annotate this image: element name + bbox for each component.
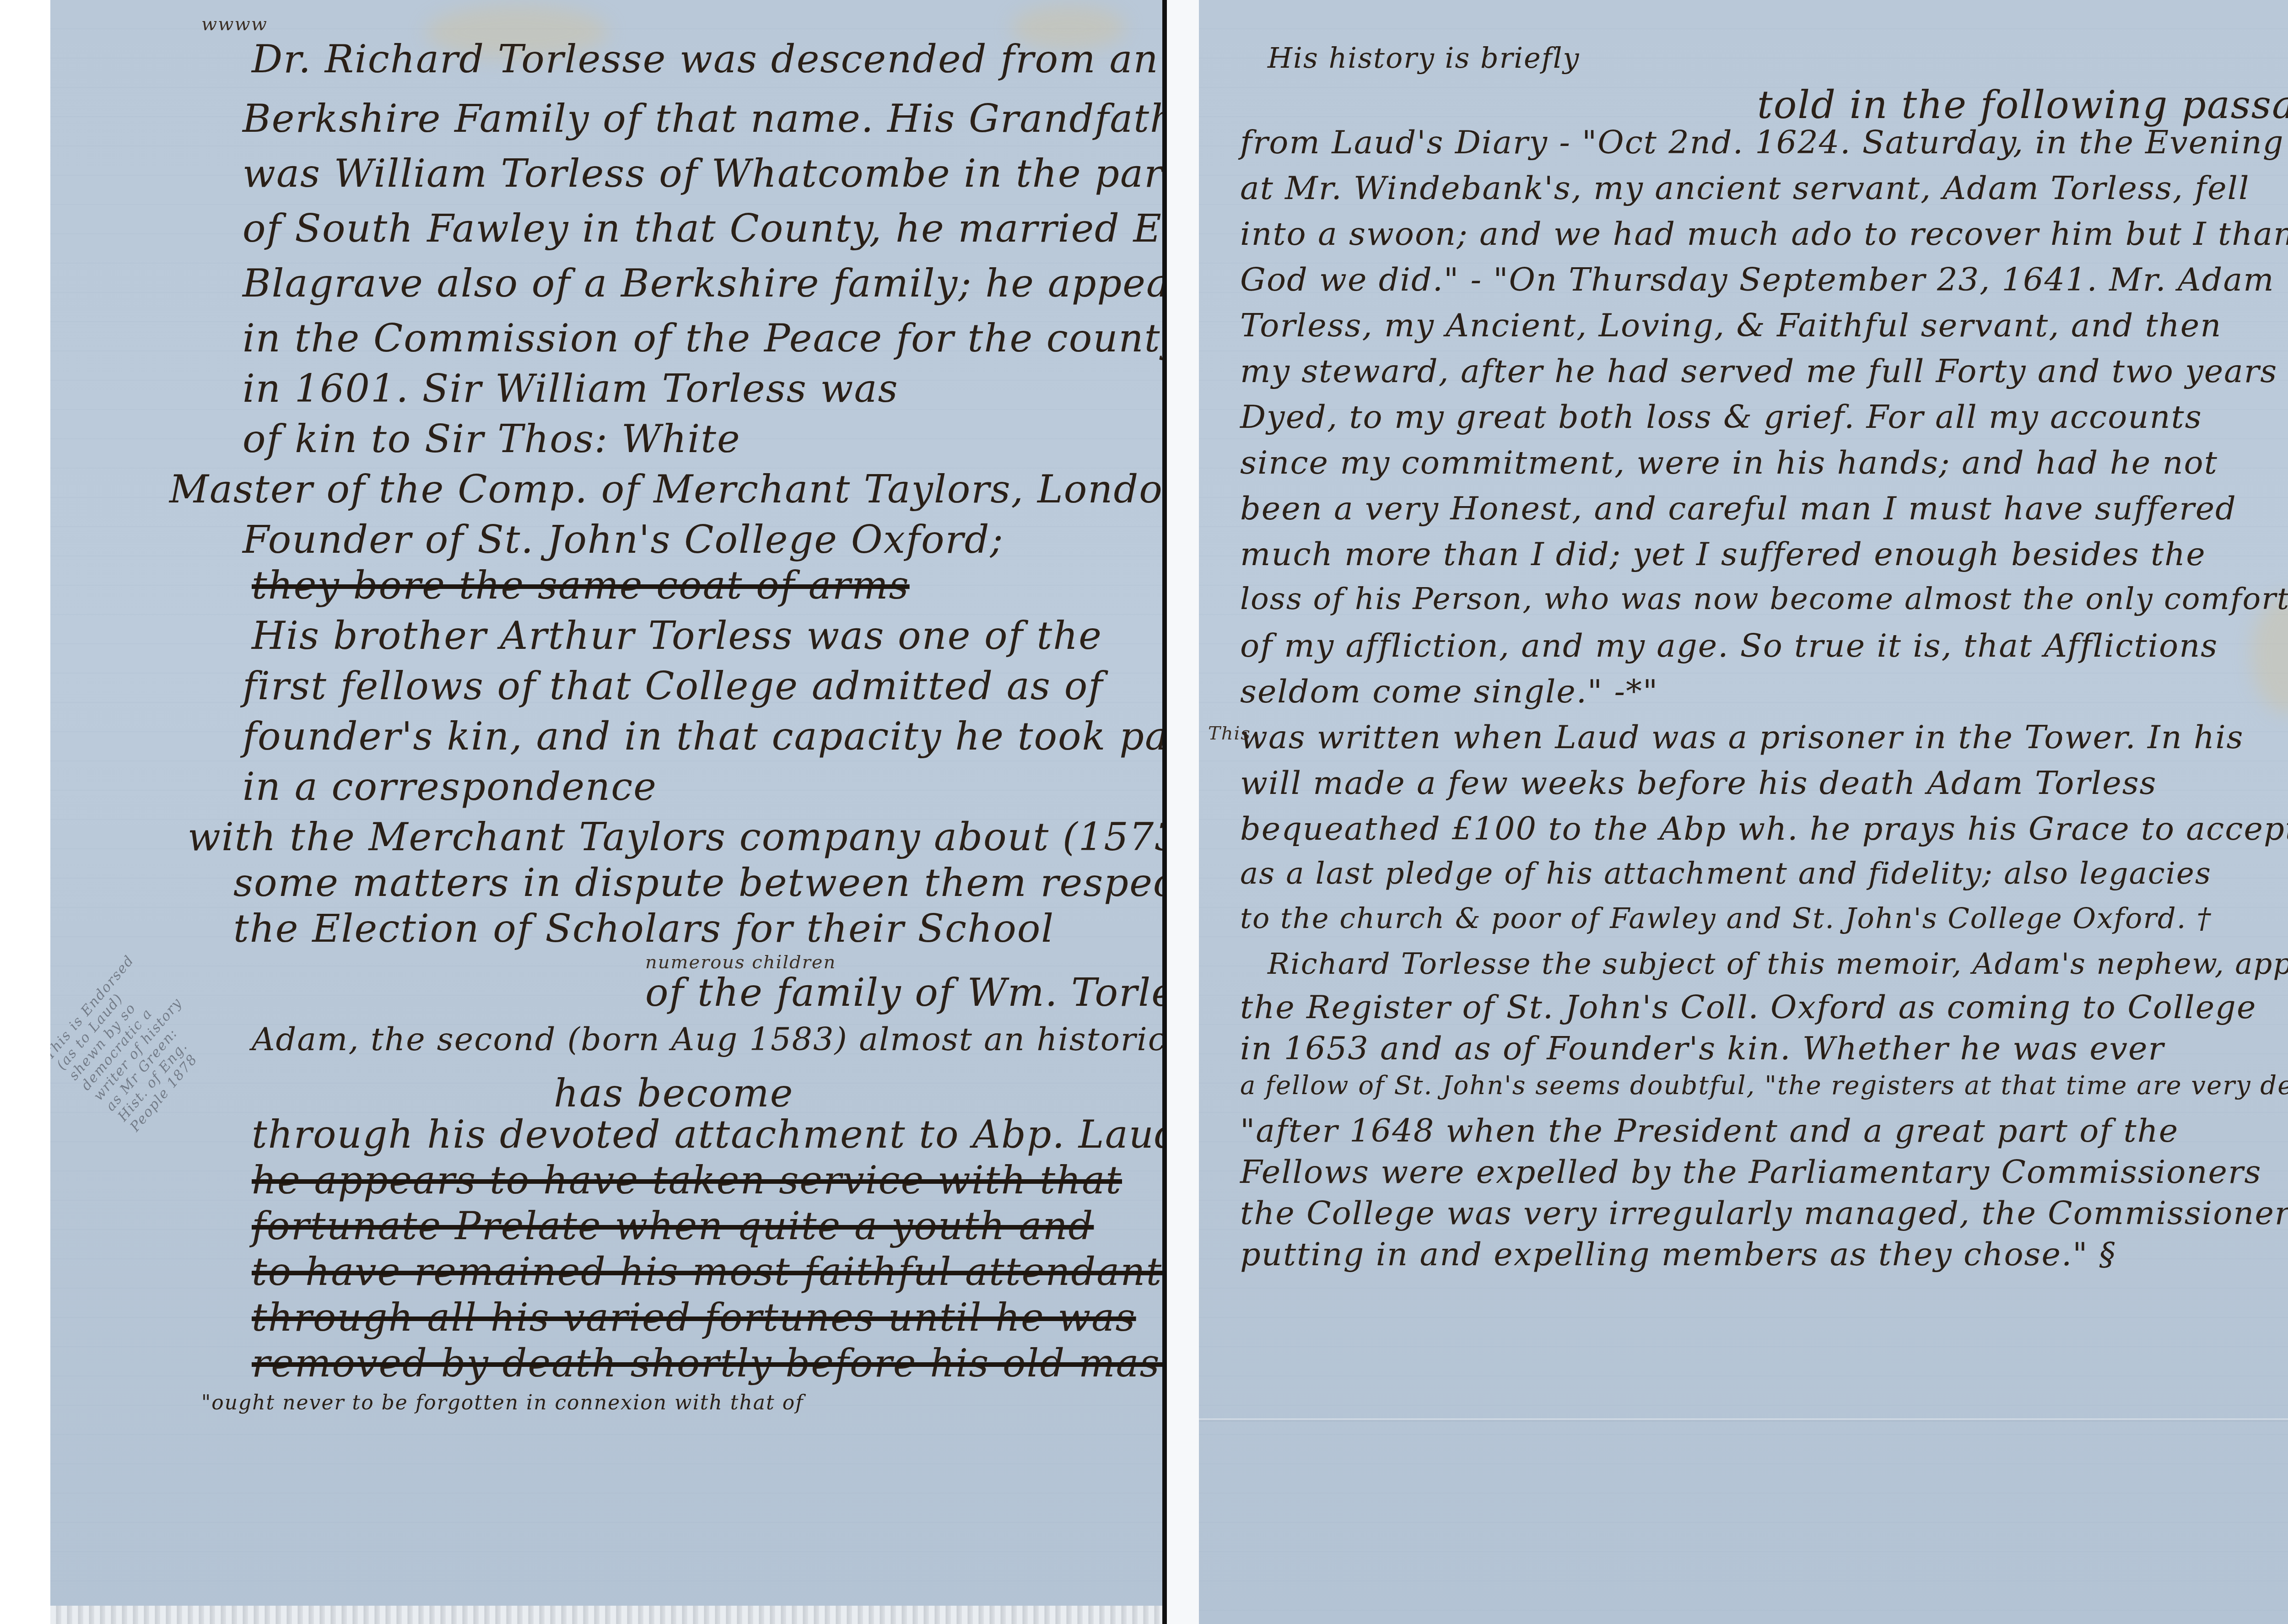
page-gap (1167, 0, 1199, 1624)
quote-line: "ought never to be forgotten in connexio… (201, 1391, 1153, 1414)
manuscript-line: the Register of St. John's Coll. Oxford … (1240, 988, 2256, 1026)
manuscript-line: Fellows were expelled by the Parliamenta… (1240, 1153, 2261, 1191)
manuscript-line: Richard Torlesse the subject of this mem… (1268, 947, 2288, 981)
manuscript-line: a fellow of St. John's seems doubtful, "… (1240, 1071, 2288, 1101)
left-page-footnotes: "his name" says Bruce This is Endorsed (… (50, 0, 1162, 1624)
left-page-quote-block: "ought never to be forgotten in connexio… (201, 1391, 1153, 1414)
manuscript-line: putting in and expelling members as they… (1240, 1236, 2116, 1273)
middle-page-lower: Richard Torlesse the subject of this mem… (1199, 0, 2288, 1624)
manuscript-line: "after 1648 when the President and a gre… (1240, 1112, 2179, 1149)
manuscript-line: the College was very irregularly managed… (1240, 1194, 2288, 1232)
pencil-margin-note: This is Endorsed (as to Laud) shewn by s… (50, 947, 227, 1135)
manuscript-line: in 1653 and as of Founder's kin. Whether… (1240, 1030, 2164, 1067)
page-divider (1162, 0, 1167, 1624)
